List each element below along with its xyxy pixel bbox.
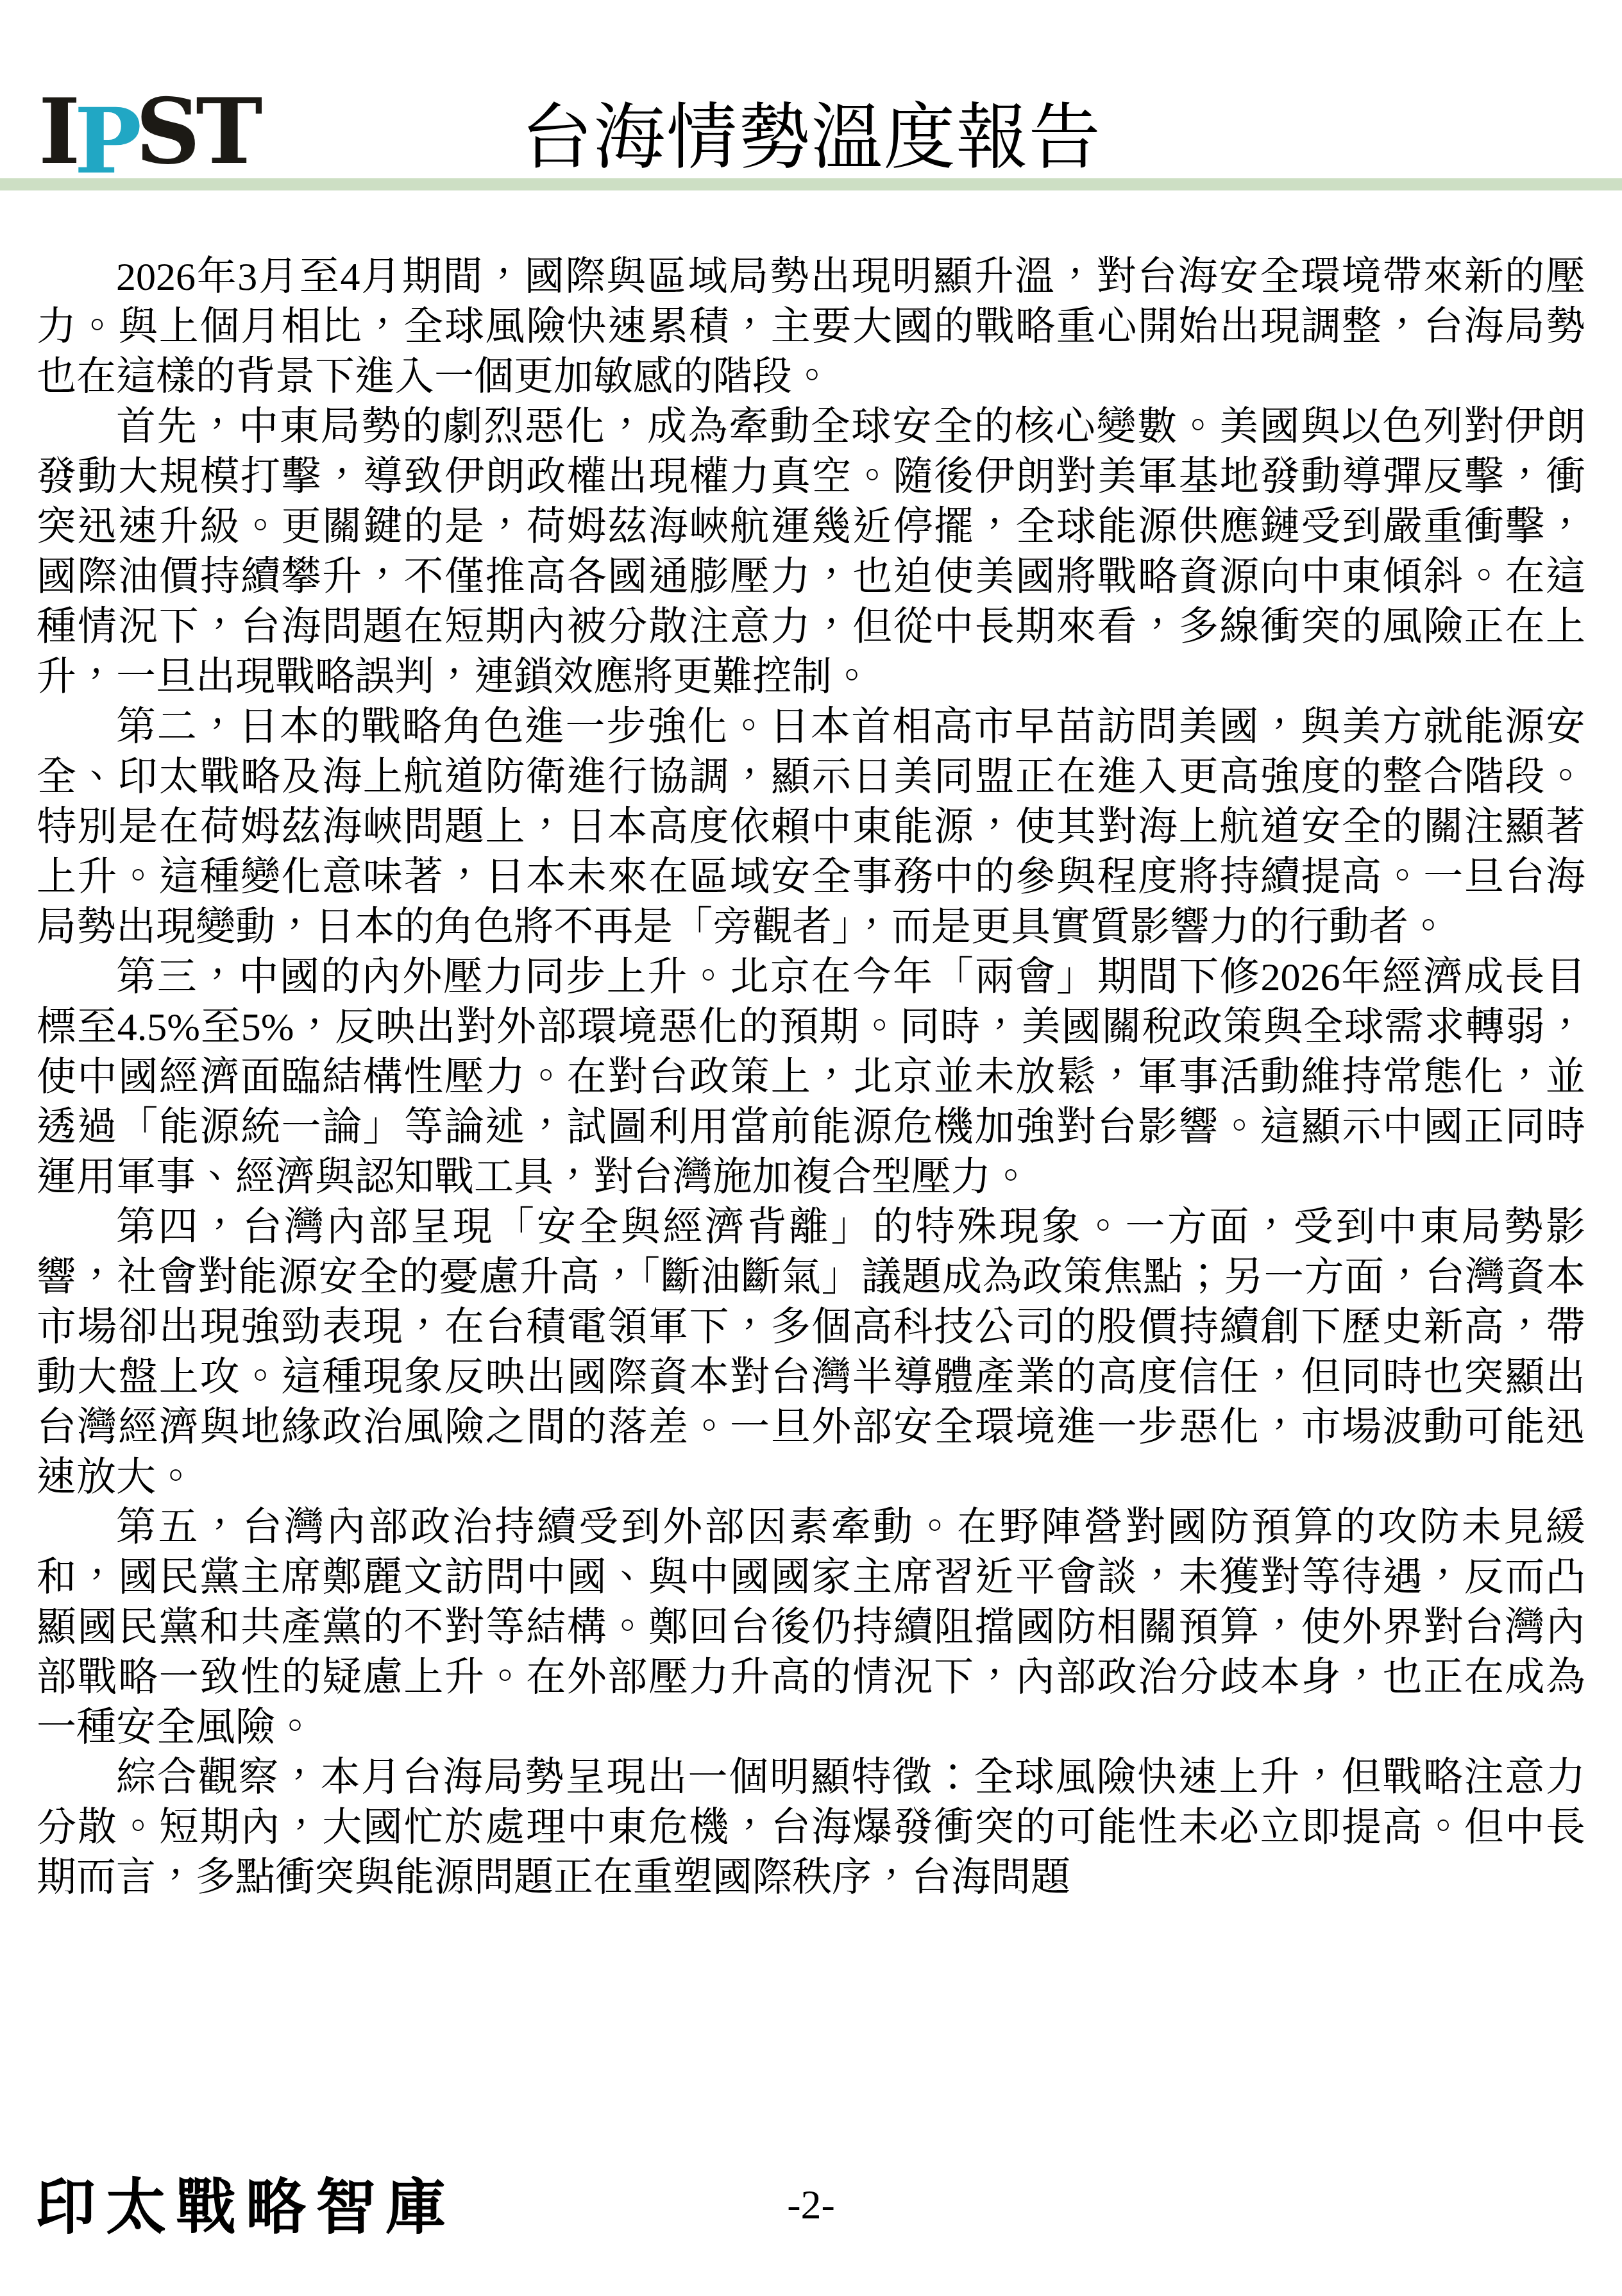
page-header: IPST 台海情勢溫度報告 [0, 0, 1622, 178]
page-number: -2- [0, 2184, 1622, 2225]
paragraph-first-middle-east: 首先，中東局勢的劇烈惡化，成為牽動全球安全的核心變數。美國與以色列對伊朗發動大規… [37, 402, 1585, 702]
paragraph-third-china: 第三，中國的內外壓力同步上升。北京在今年「兩會」期間下修2026年經濟成長目標至… [37, 952, 1585, 1203]
paragraph-fourth-taiwan-economy: 第四，台灣內部呈現「安全與經濟背離」的特殊現象。一方面，受到中東局勢影響，社會對… [37, 1203, 1585, 1503]
report-page: IPST 台海情勢溫度報告 2026年3月至4月期間，國際與區域局勢出現明顯升溫… [0, 0, 1622, 2296]
paragraph-second-japan: 第二，日本的戰略角色進一步強化。日本首相高市早苗訪問美國，與美方就能源安全、印太… [37, 702, 1585, 952]
report-title: 台海情勢溫度報告 [0, 103, 1622, 174]
report-body: 2026年3月至4月期間，國際與區域局勢出現明顯升溫，對台海安全環境帶來新的壓力… [0, 190, 1622, 1903]
paragraph-summary: 綜合觀察，本月台海局勢呈現出一個明顯特徵：全球風險快速上升，但戰略注意力分散。短… [37, 1753, 1585, 1903]
paragraph-intro: 2026年3月至4月期間，國際與區域局勢出現明顯升溫，對台海安全環境帶來新的壓力… [37, 252, 1585, 402]
paragraph-fifth-domestic-politics: 第五，台灣內部政治持續受到外部因素牽動。在野陣營對國防預算的攻防未見緩和，國民黨… [37, 1503, 1585, 1753]
